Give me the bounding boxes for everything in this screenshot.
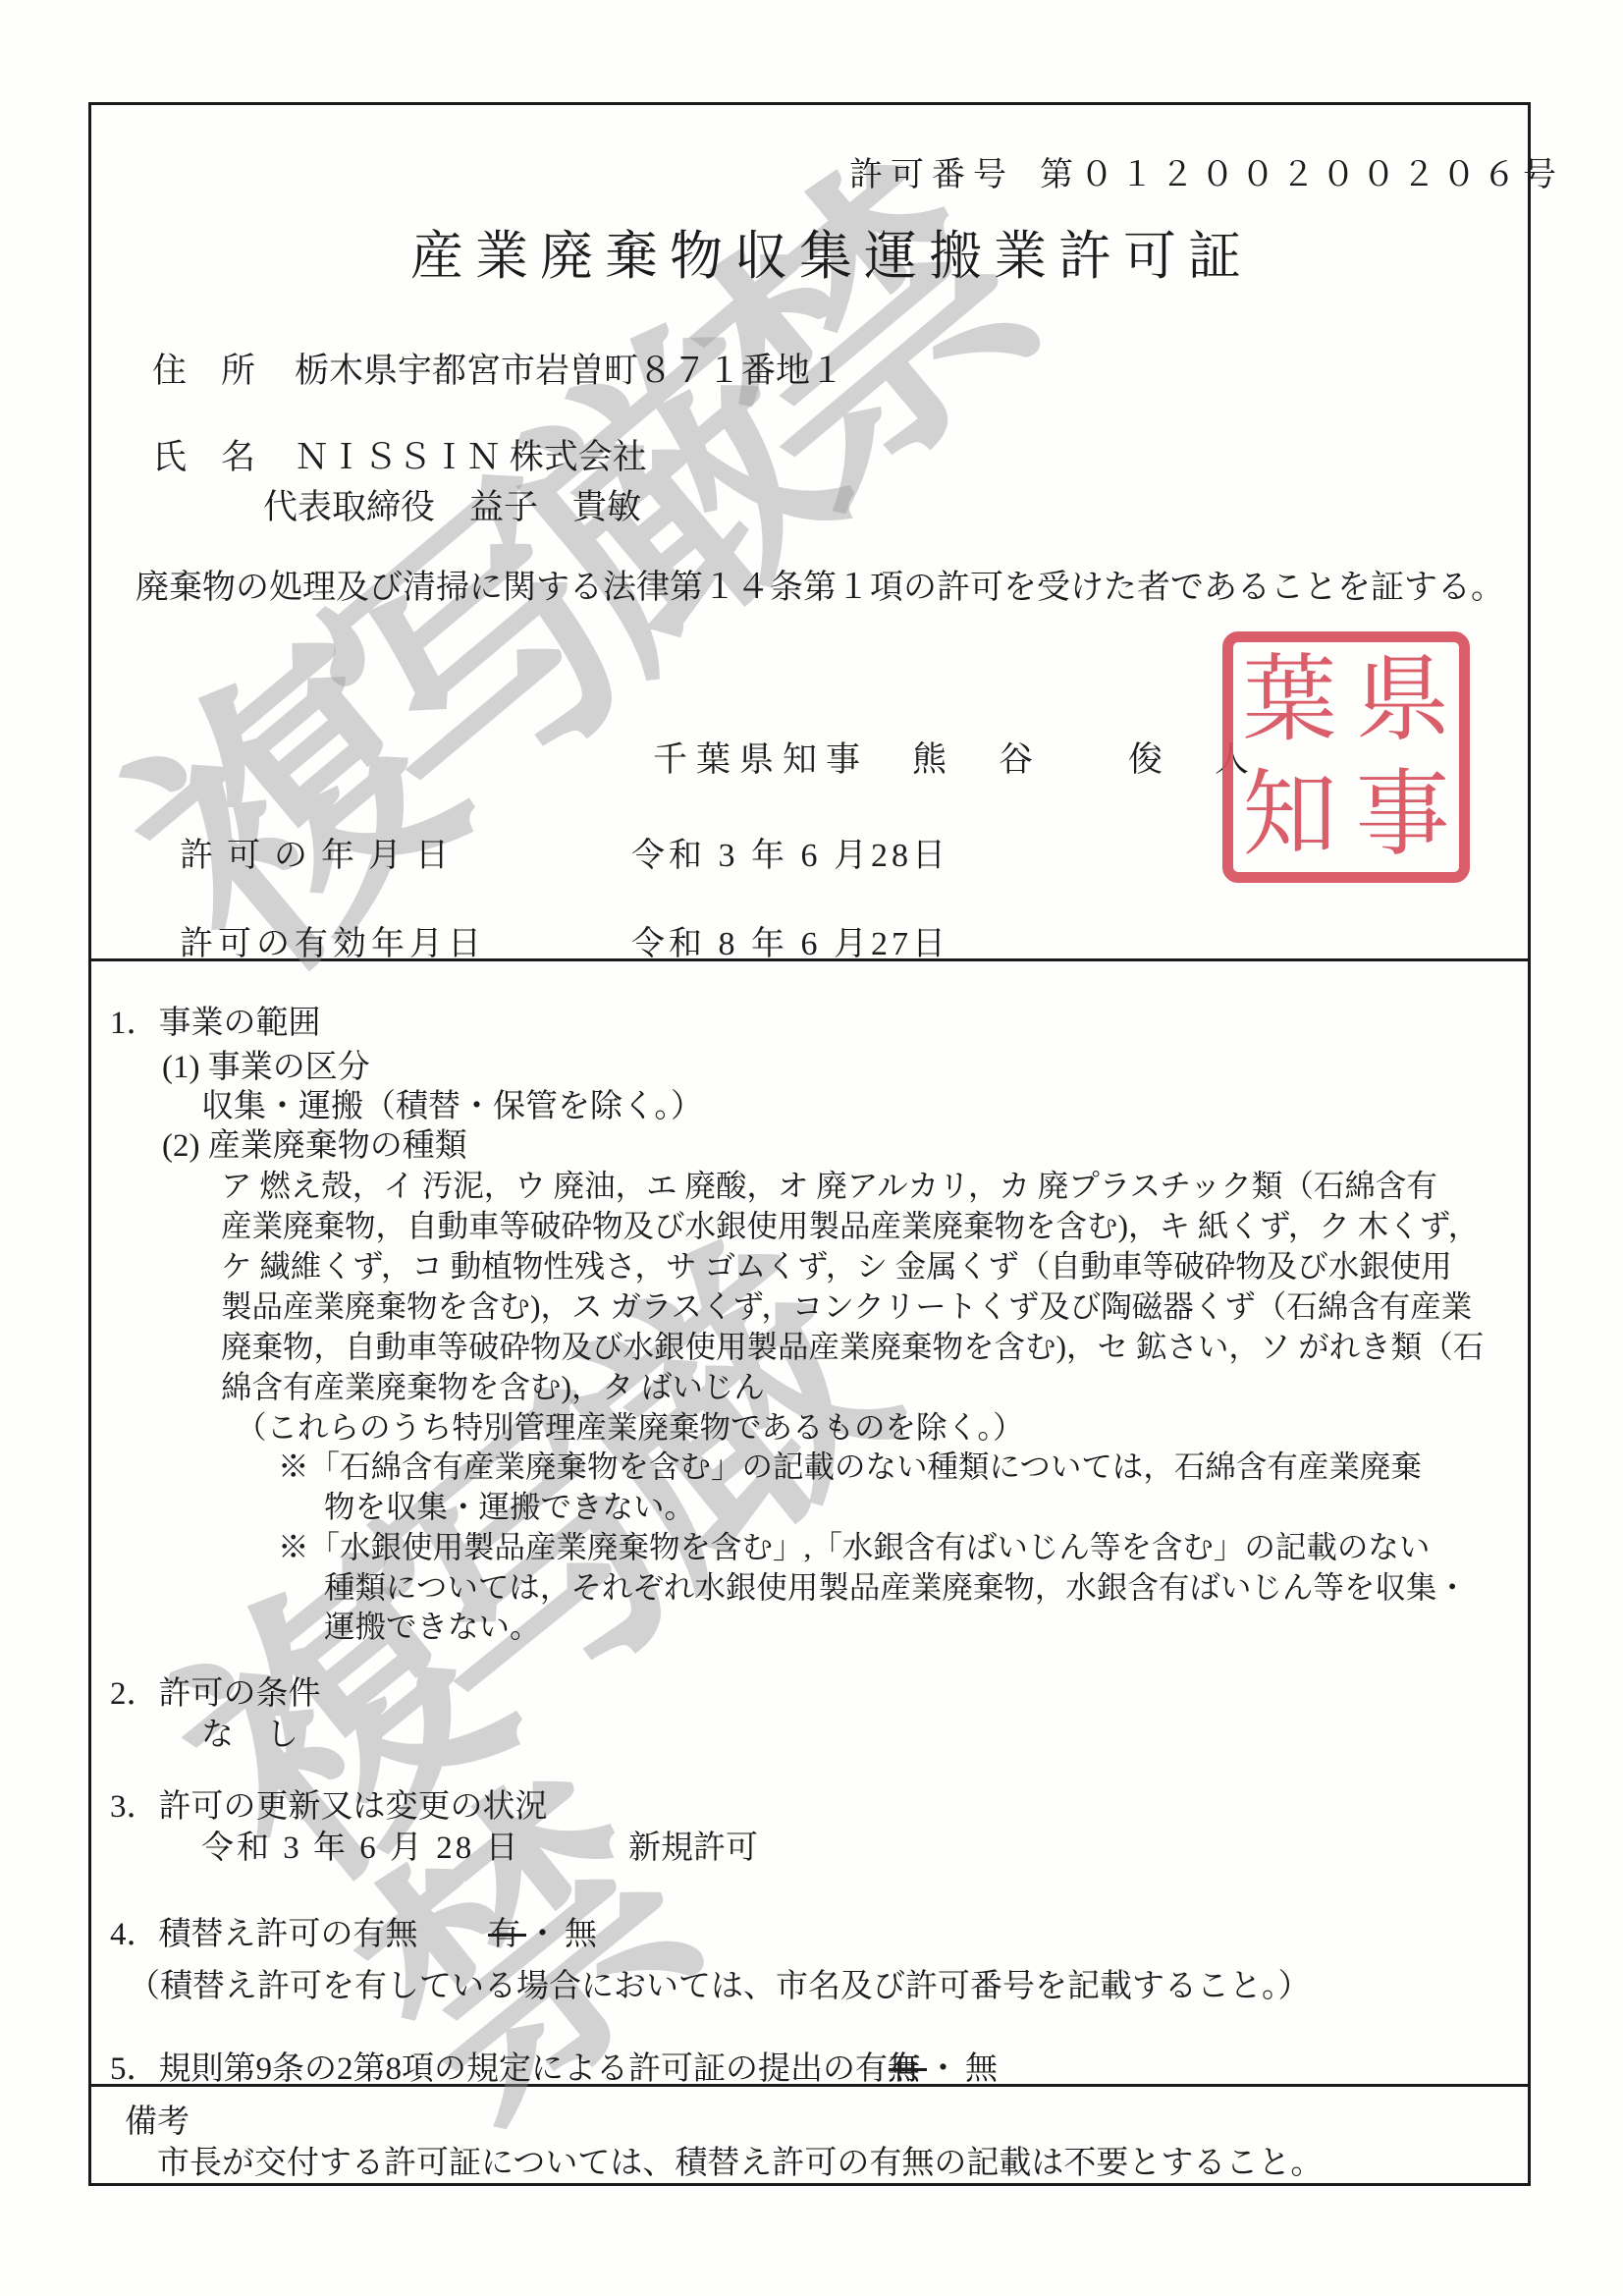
- mercury-note-line: 種類については，それぞれ水銀使用製品産業廃棄物，水銀含有ばいじん等を収集・: [324, 1563, 1468, 1608]
- seal-char-top-left: 葉: [1233, 642, 1346, 757]
- section4-yes-no-choice: 有・無: [488, 1908, 603, 1954]
- section5-yes-strikethrough: 有: [889, 2051, 927, 2087]
- name-value: ＮＩＳＳＩＮ 株式会社: [295, 438, 647, 476]
- section2-heading: 2．許可の条件: [110, 1667, 321, 1714]
- section1-heading: 1．事業の範囲: [110, 997, 321, 1043]
- governor-seal-stamp: 葉 県 知 事: [1222, 631, 1470, 883]
- seal-char-bottom-left: 知: [1233, 757, 1346, 872]
- section5-heading: 5．規則第9条の2第8項の規定による許可証の提出の有無: [110, 2043, 920, 2089]
- seal-char-top-right: 県: [1346, 642, 1459, 757]
- section5-yes-no-choice: 有・無: [889, 2043, 1003, 2089]
- section1-sub2-label: (2) 産業廃棄物の種類: [162, 1120, 467, 1166]
- section4-no: 無: [565, 1917, 603, 1952]
- permit-date-label: 許可の年月日: [180, 828, 462, 876]
- asbestos-note-line: ※「石綿含有産業廃棄物を含む」の記載のない種類については，石綿含有産業廃棄: [278, 1443, 1422, 1487]
- permit-date-value: 令和 3 年 6 月28日: [631, 828, 949, 876]
- section5-no: 無: [965, 2051, 1003, 2087]
- name-line: 氏 名ＮＩＳＳＩＮ 株式会社: [152, 430, 647, 479]
- section3-heading: 3．許可の更新又は変更の状況: [110, 1780, 548, 1827]
- expiry-date-label: 許可の有効年月日: [180, 916, 486, 964]
- permit-number-line: 許可番号第０１２００２００２０６号: [849, 147, 1563, 195]
- permit-number-value: 第０１２００２００２０６号: [1040, 157, 1563, 193]
- address-label: 住 所: [152, 344, 255, 393]
- waste-kinds-line: ケ 繊維くず，コ 動植物性残さ，サ ゴムくず，シ 金属くず（自動車等破砕物及び水…: [221, 1242, 1452, 1286]
- section4-note: （積替え許可を有している場合においては、市名及び許可番号を記載すること。）: [128, 1960, 1311, 2006]
- certify-statement: 廃棄物の処理及び清掃に関する法律第１４条第１項の許可を受けた者であることを証する…: [135, 560, 1504, 608]
- waste-kinds-line: 綿含有産業廃棄物を含む)，タ ばいじん: [221, 1363, 765, 1407]
- section4-heading: 4．積替え許可の有無: [110, 1908, 418, 1954]
- asbestos-note-line: 物を収集・運搬できない。: [324, 1483, 695, 1527]
- waste-kinds-line: ア 燃え殻，イ 汚泥，ウ 廃油，エ 廃酸，オ 廃アルカリ，カ 廃プラスチック類（…: [221, 1162, 1437, 1206]
- name-label: 氏 名: [152, 430, 255, 479]
- remarks-text: 市長が交付する許可証については、積替え許可の有無の記載は不要とすること。: [157, 2137, 1323, 2183]
- mercury-note-line: ※「水銀使用製品産業廃棄物を含む」,「水銀含有ばいじん等を含む」の記載のない: [278, 1523, 1430, 1567]
- document-title: 産業廃棄物収集運搬業許可証: [410, 214, 1253, 290]
- waste-kinds-line: 産業廃棄物，自動車等破砕物及び水銀使用製品産業廃棄物を含む)，キ 紙くず，ク 木…: [221, 1202, 1479, 1246]
- representative-line: 代表取締役 益子 貴敏: [263, 480, 641, 529]
- waste-kinds-exclusion-line: （これらのうち特別管理産業廃棄物であるものを除く。）: [236, 1403, 1024, 1448]
- section4-yes-strikethrough: 有: [488, 1917, 526, 1952]
- section3-value: 新規許可: [628, 1822, 758, 1868]
- address-line: 住 所栃木県宇都宮市岩曽町８７１番地１: [152, 344, 844, 393]
- permit-document-page: 複写厳禁 複写厳禁 許可番号第０１２００２００２０６号 産業廃棄物収集運搬業許可…: [0, 0, 1623, 2296]
- mercury-note-line: 運搬できない。: [324, 1603, 541, 1647]
- section5-separator: ・: [927, 2051, 965, 2087]
- document-content: 許可番号第０１２００２００２０６号 産業廃棄物収集運搬業許可証 住 所栃木県宇都…: [0, 0, 1623, 2296]
- section4-separator: ・: [526, 1917, 565, 1952]
- expiry-date-value: 令和 8 年 6 月27日: [631, 916, 949, 964]
- waste-kinds-line: 製品産業廃棄物を含む)，ス ガラスくず，コンクリートくず及び陶磁器くず（石綿含有…: [221, 1283, 1472, 1327]
- permit-number-label: 許可番号: [849, 157, 1014, 193]
- section3-date: 令和 3 年 6 月 28 日: [201, 1822, 521, 1868]
- address-value: 栃木県宇都宮市岩曽町８７１番地１: [295, 352, 844, 390]
- remarks-label: 備考: [125, 2096, 189, 2142]
- seal-char-bottom-right: 事: [1346, 757, 1459, 872]
- section2-value: な し: [201, 1709, 298, 1755]
- governor-name-line: 千葉県知事 熊 谷 俊 人: [653, 733, 1258, 782]
- waste-kinds-line: 廃棄物，自動車等破砕物及び水銀使用製品産業廃棄物を含む)，セ 鉱さい，ソ がれき…: [221, 1323, 1484, 1367]
